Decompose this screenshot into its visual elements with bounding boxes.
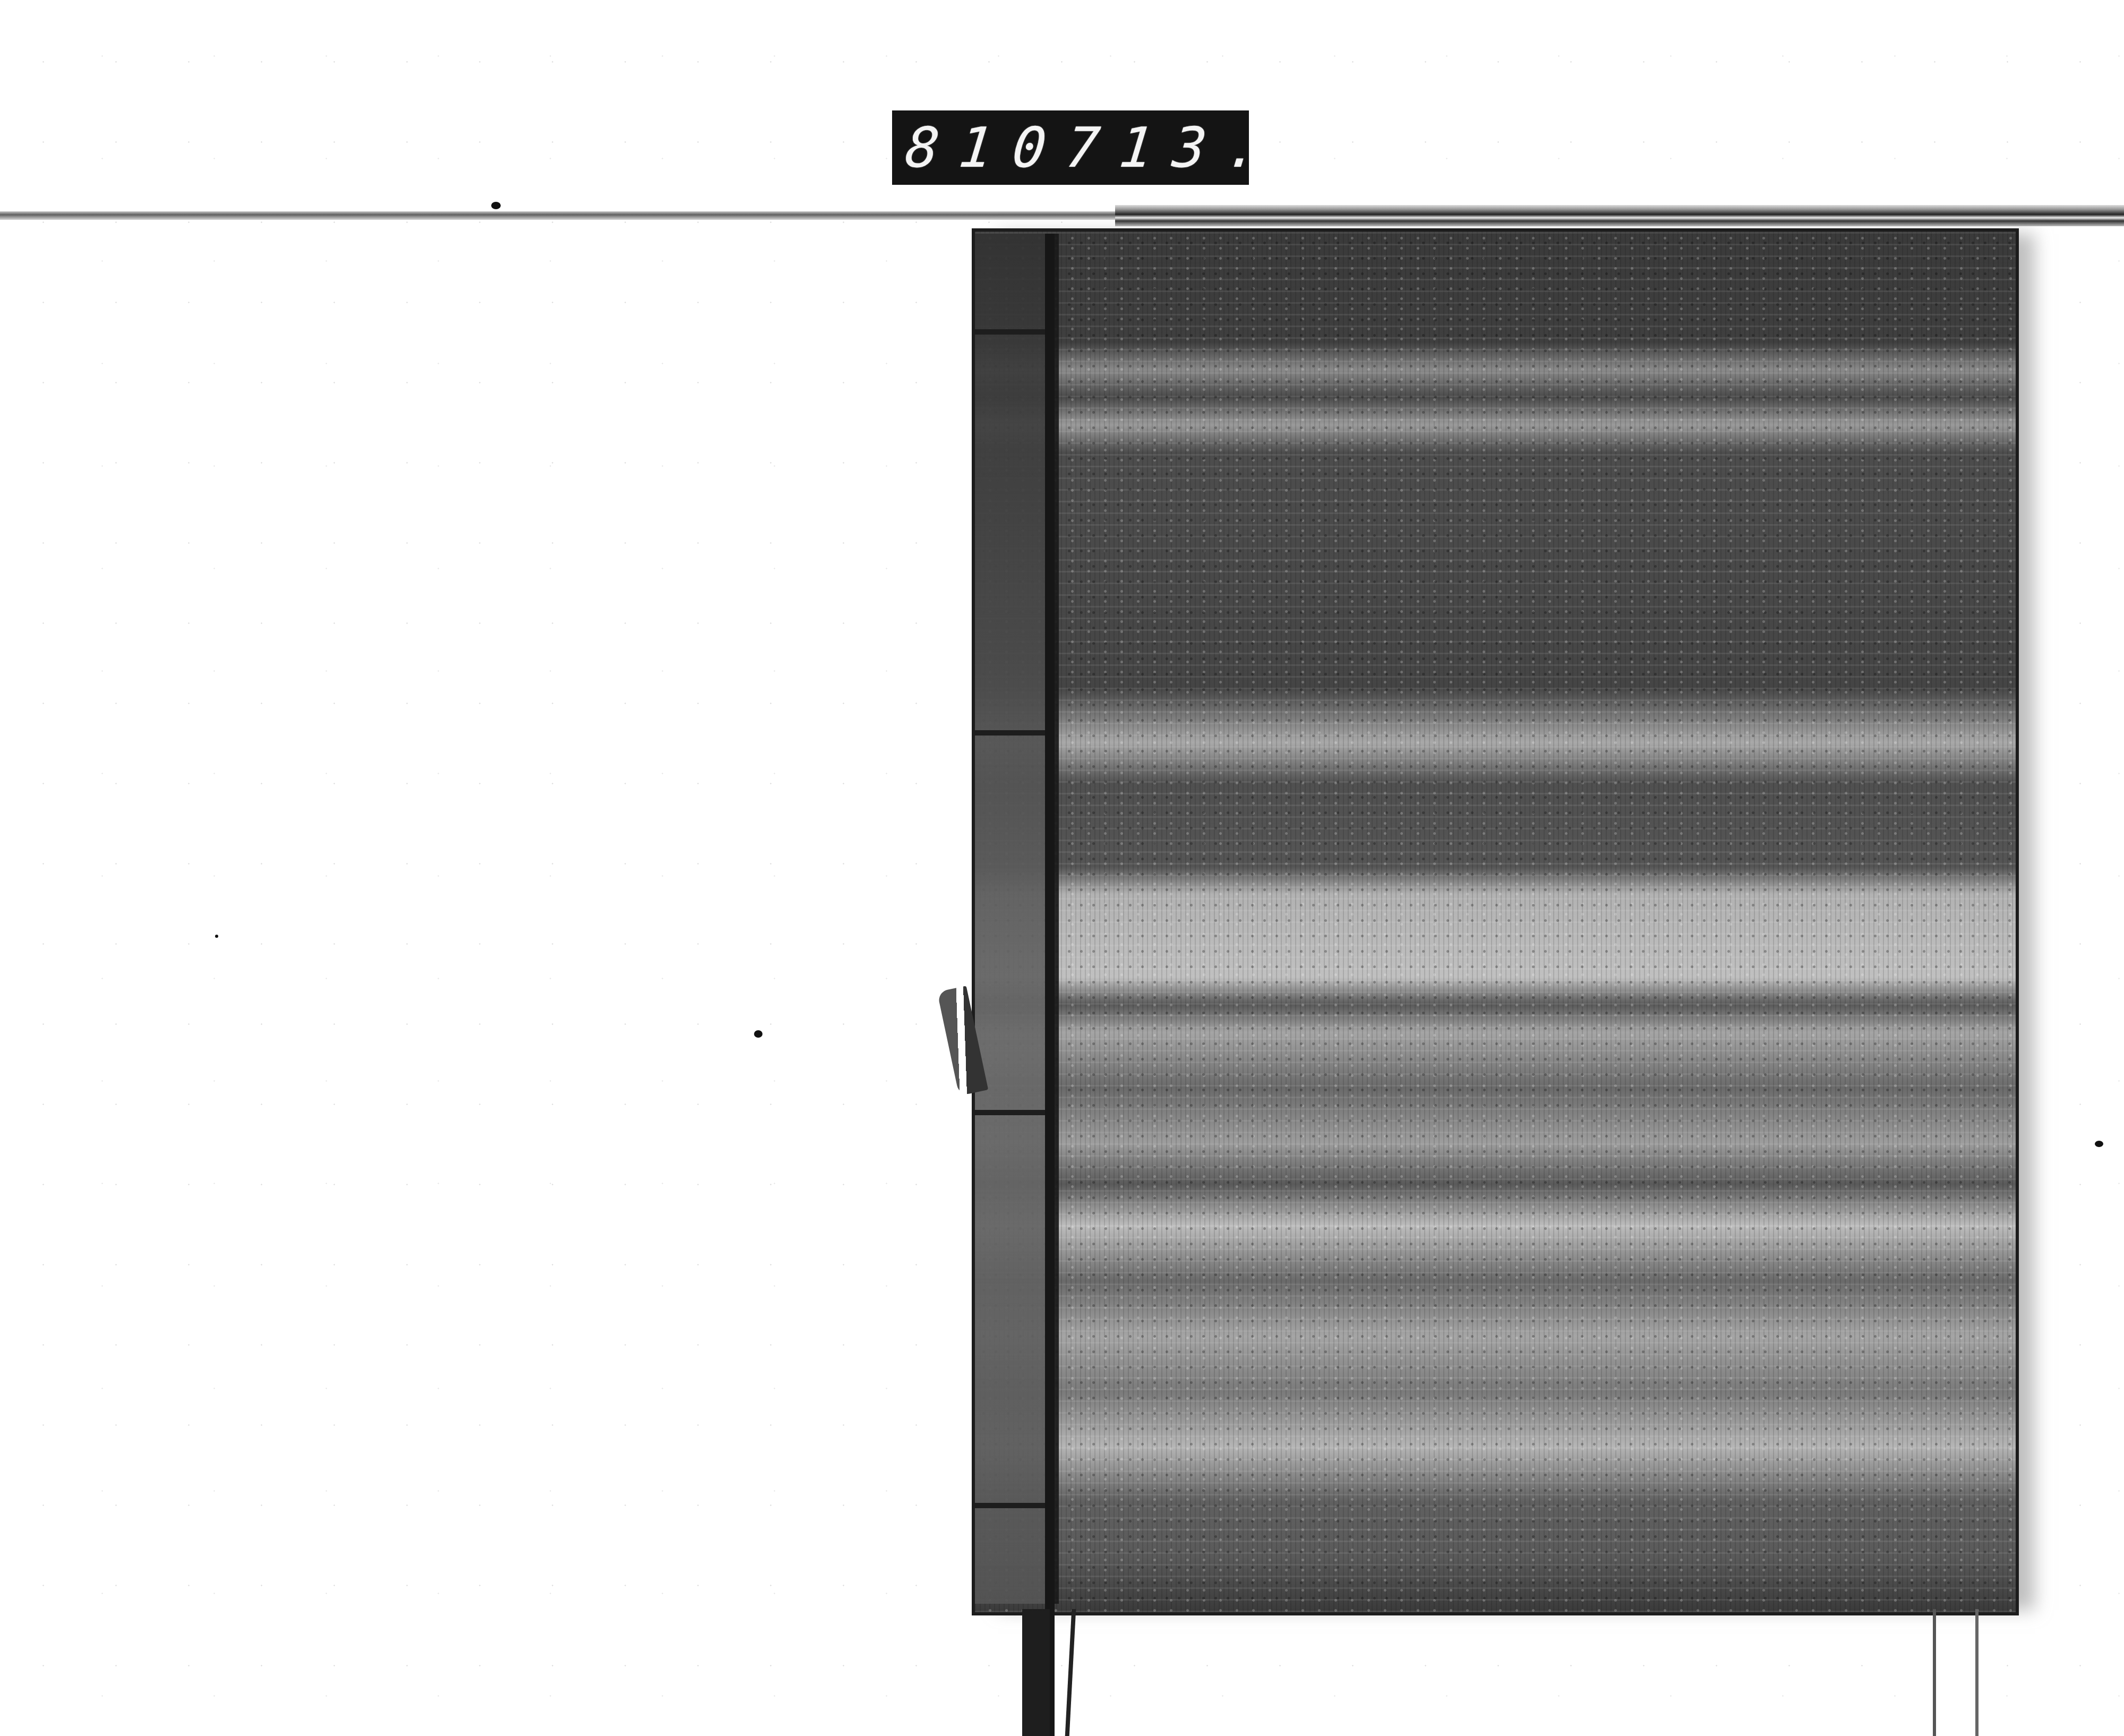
holder-strap <box>1022 1609 1050 1736</box>
binding-stitch <box>975 329 1045 335</box>
scan-speck <box>215 935 218 938</box>
frame-number: 713. <box>1063 115 1283 180</box>
spine-binding-line <box>1045 234 1055 1736</box>
binding-stitch <box>975 730 1045 736</box>
scan-speck <box>754 1030 763 1038</box>
reel-number: 810 <box>903 115 1070 180</box>
binding-stitch <box>975 1503 1045 1508</box>
book-cover <box>972 228 2019 1615</box>
frame-label: 810 713. <box>892 110 1249 185</box>
scanner-edge-line-right <box>1115 205 2124 226</box>
holder-wire <box>1975 1609 1979 1736</box>
binding-stitch <box>975 1110 1045 1115</box>
holder-wire <box>1933 1609 1936 1736</box>
scan-speck <box>2095 1141 2103 1147</box>
scan-speck <box>491 202 501 209</box>
